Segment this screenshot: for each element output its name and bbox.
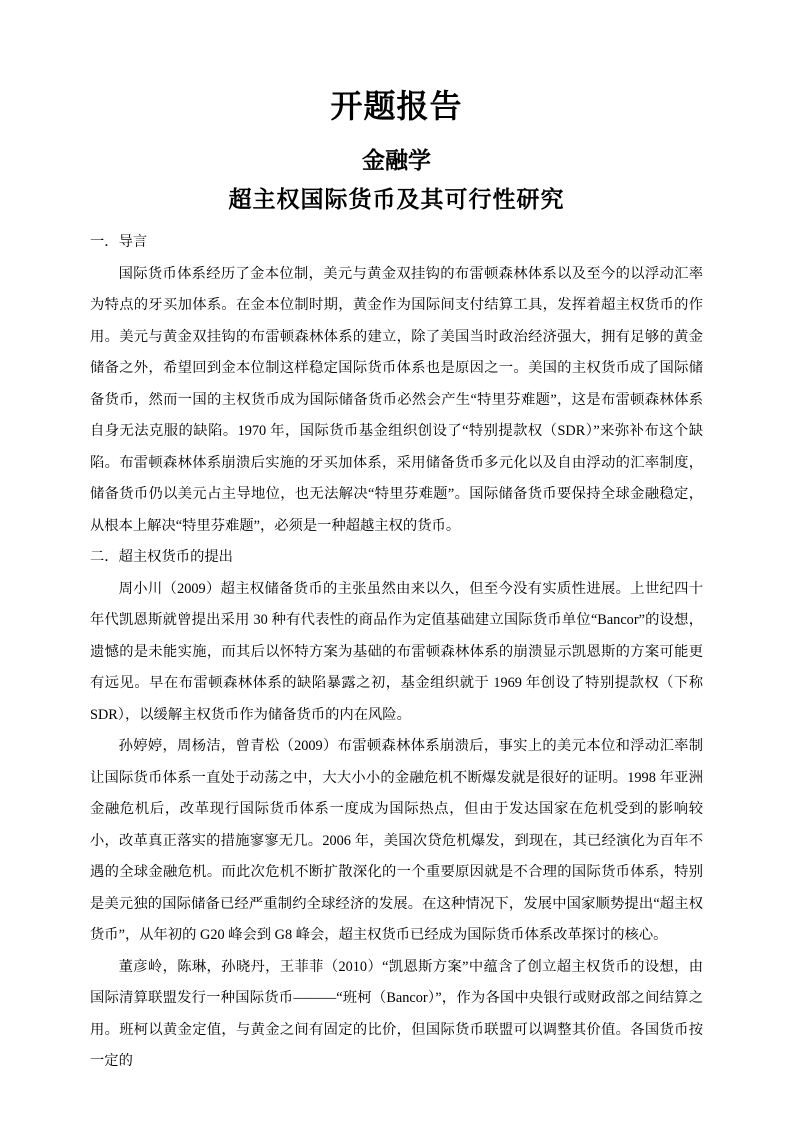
document-subject: 金融学 <box>90 146 703 174</box>
document-title: 开题报告 <box>90 86 703 126</box>
section-heading-introduction: 一．导言 <box>90 227 703 259</box>
paragraph-dongyanling: 董彦岭，陈琳，孙晓丹，王菲菲（2010）“凯恩斯方案”中蕴含了创立超主权货币的设… <box>90 952 703 1078</box>
paragraph-zhouxiaochuan: 周小川（2009）超主权储备货币的主张虽然由来以久，但至今没有实质性进展。上世纪… <box>90 574 703 732</box>
paragraph-suntingting: 孙婷婷，周杨洁，曾青松（2009）布雷顿森林体系崩溃后，事实上的美元本位和浮动汇… <box>90 731 703 952</box>
document-topic-title: 超主权国际货币及其可行性研究 <box>90 185 703 213</box>
paragraph-intro-1: 国际货币体系经历了金本位制，美元与黄金双挂钩的布雷顿森林体系以及至今的以浮动汇率… <box>90 259 703 543</box>
document-body: 一．导言 国际货币体系经历了金本位制，美元与黄金双挂钩的布雷顿森林体系以及至今的… <box>90 227 703 1078</box>
document-page: 开题报告 金融学 超主权国际货币及其可行性研究 一．导言 国际货币体系经历了金本… <box>0 0 793 1122</box>
section-heading-proposal: 二．超主权货币的提出 <box>90 542 703 574</box>
